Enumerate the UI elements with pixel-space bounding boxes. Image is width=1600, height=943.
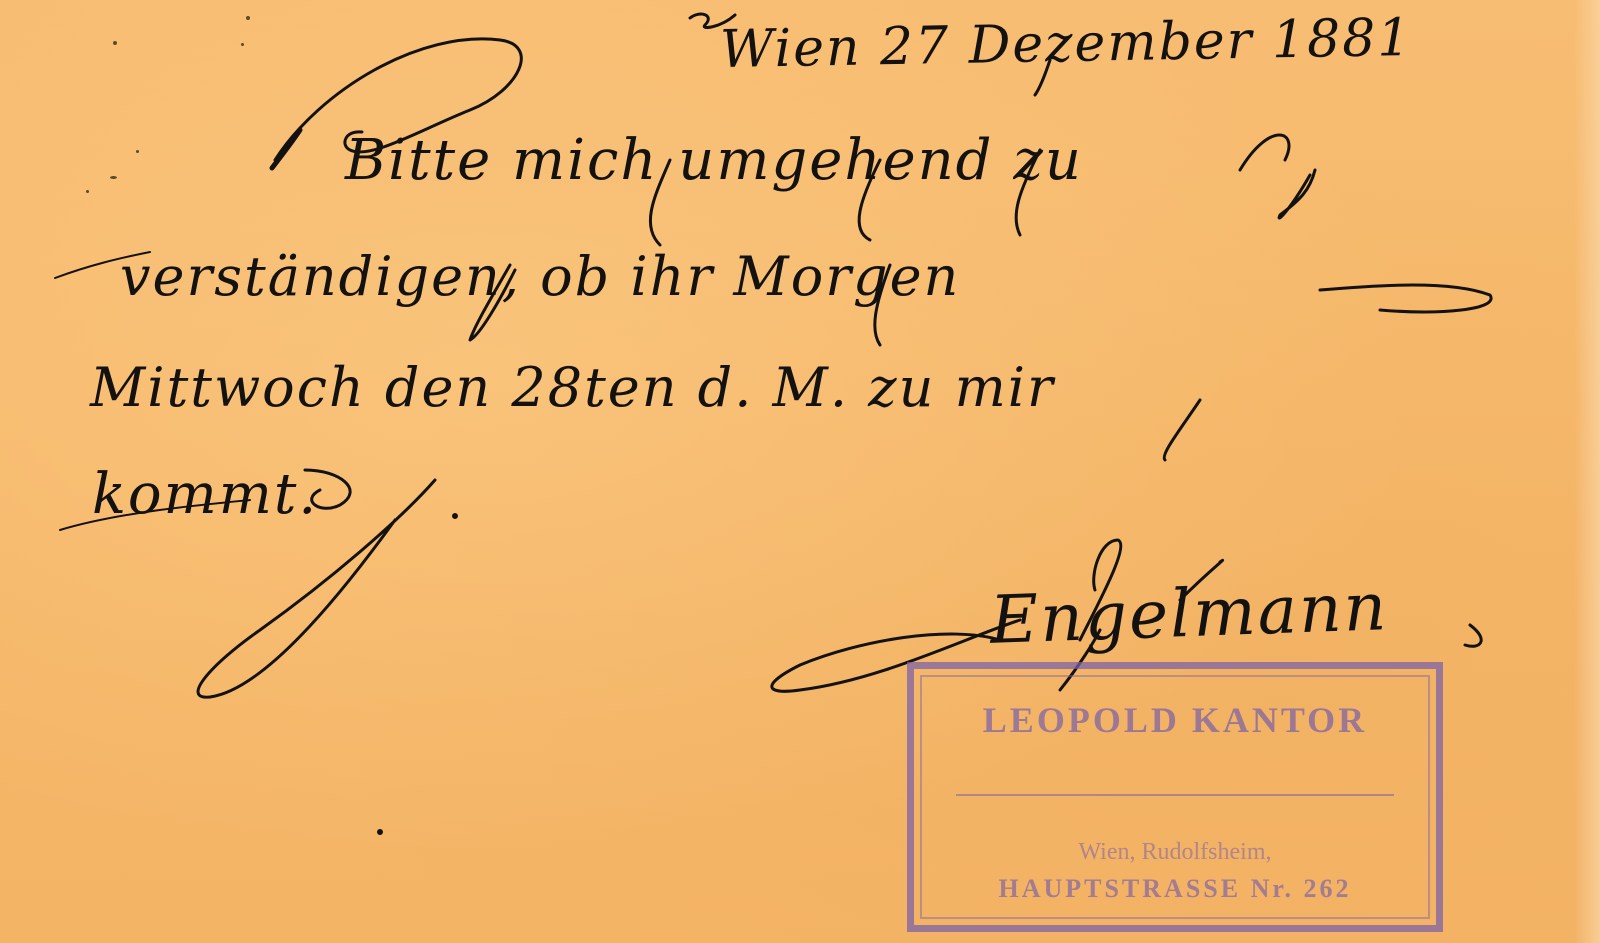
paper-speck <box>86 190 89 193</box>
paper-speck <box>246 16 250 20</box>
body-line-2: verständigen, ob ihr Morgen <box>120 245 960 308</box>
place-date: Wien 27 Dezember 1881 <box>720 8 1413 80</box>
paper-speck <box>110 176 117 179</box>
paper-speck <box>241 43 244 46</box>
body-line-3: Mittwoch den 28ten d. M. zu mir <box>90 356 1055 419</box>
body-line-4: kommt. <box>92 462 318 527</box>
stamp-divider <box>956 794 1394 796</box>
stamp-name: LEOPOLD KANTOR <box>914 699 1436 741</box>
paper-speck <box>136 150 139 153</box>
signature: Engelmann <box>989 568 1390 659</box>
body-line-1: Bitte mich umgehend zu <box>345 128 1083 193</box>
paper-edge <box>1574 0 1600 943</box>
sender-stamp: LEOPOLD KANTOR Wien, Rudolfsheim, HAUPTS… <box>907 662 1443 932</box>
stamp-street: HAUPTSTRASSE Nr. 262 <box>914 874 1436 904</box>
stamp-city: Wien, Rudolfsheim, <box>914 839 1436 866</box>
paper-speck <box>113 41 117 45</box>
